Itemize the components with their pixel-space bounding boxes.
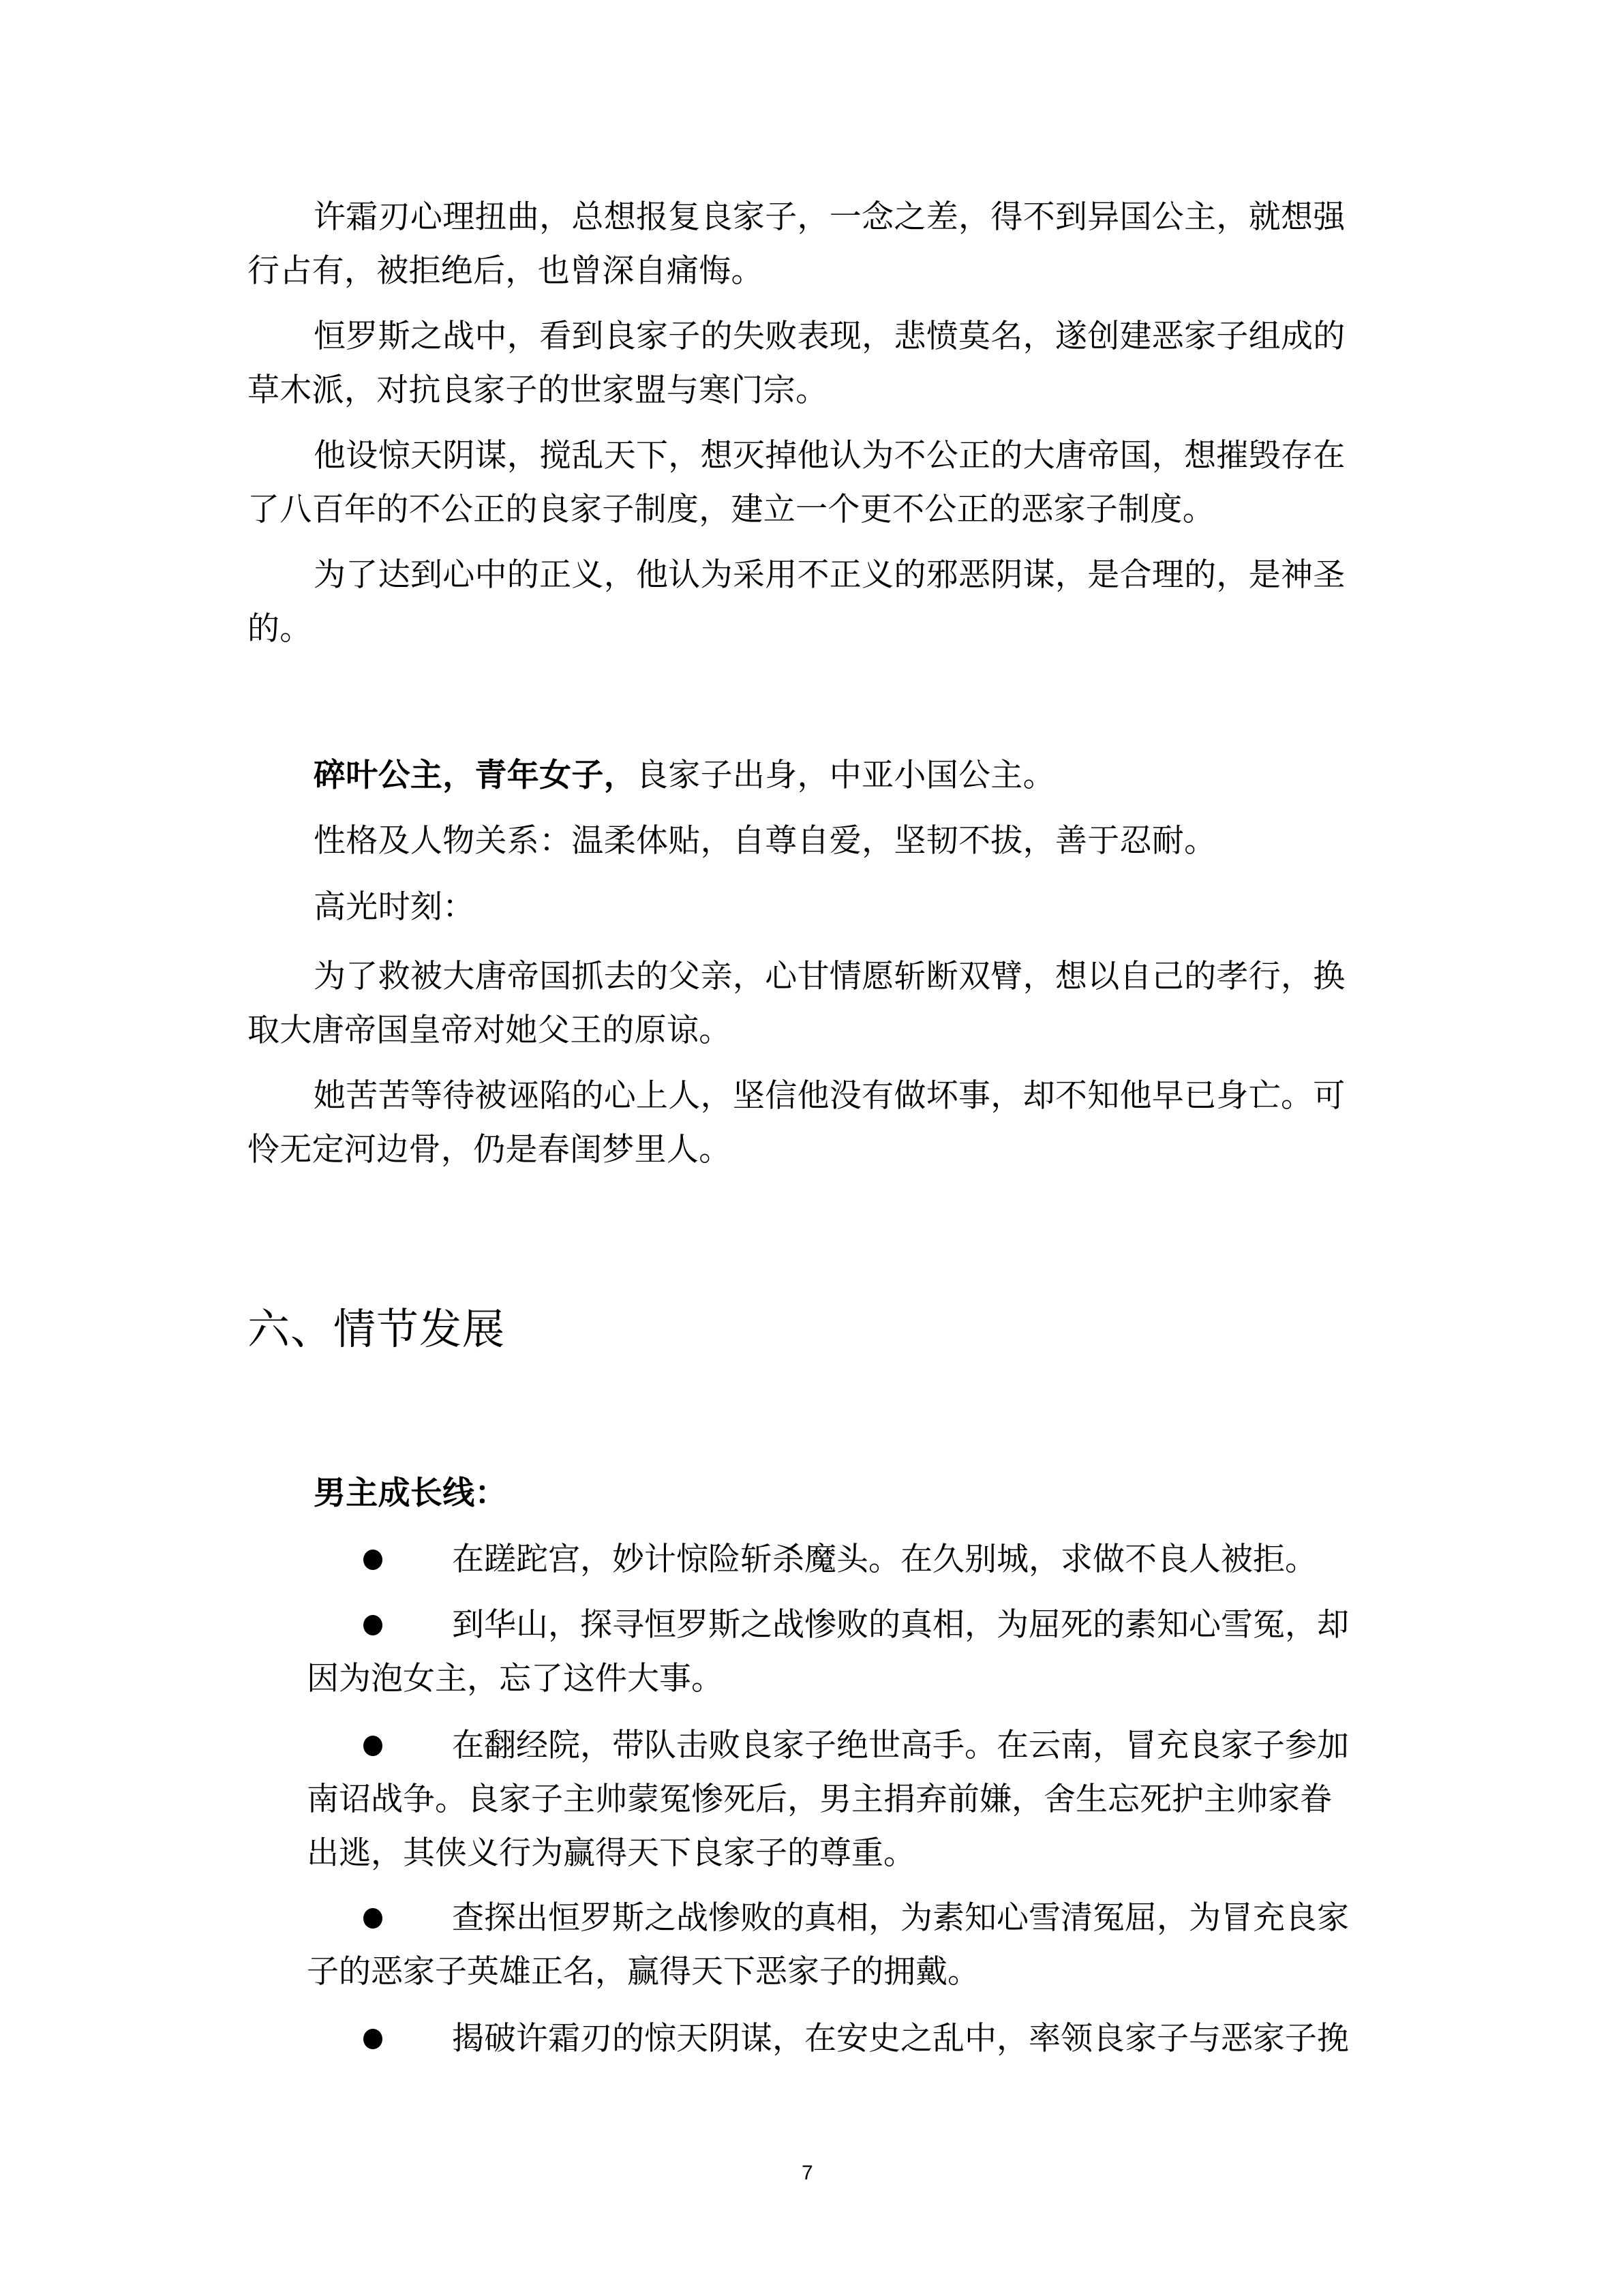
- bullet-icon: [363, 2029, 382, 2049]
- bullet-line: 在翻经院，带队击败良家子绝世高手。在云南，冒充良家子参加: [307, 1719, 1397, 1772]
- paragraph-justice: 为了达到心中的正义，他认为采用不正义的邪恶阴谋，是合理的，是神圣 的。: [247, 548, 1393, 656]
- male-lead-growth-subheading: 男主成长线：: [247, 1466, 1393, 1520]
- character-intro-line: 碎叶公主，青年女子，良家子出身，中亚小国公主。: [247, 749, 1393, 802]
- bullet-item: 查探出恒罗斯之战惨败的真相，为素知心雪清冤屈，为冒充良家 子的恶家子英雄正名，赢…: [307, 1891, 1397, 1999]
- character-suiye-highlight-label: 高光时刻：: [247, 880, 1393, 934]
- paragraph-talas-battle: 恒罗斯之战中，看到良家子的失败表现，悲愤莫名，遂创建恶家子组成的 草木派，对抗良…: [247, 309, 1393, 417]
- character-suiye-intro: 碎叶公主，青年女子，良家子出身，中亚小国公主。: [247, 749, 1393, 802]
- paragraph-line: 的。: [247, 602, 1393, 656]
- bullet-icon: [363, 1736, 382, 1756]
- bullet-line: 南诏战争。良家子主帅蒙冤惨死后，男主捐弃前嫌，舍生忘死护主帅家眷: [307, 1772, 1397, 1826]
- paragraph-line: 取大唐帝国皇帝对她父王的原谅。: [247, 1003, 1393, 1057]
- paragraph-line: 行占有，被拒绝后，也曾深自痛悔。: [247, 244, 1393, 298]
- character-suiye-personality: 性格及人物关系：温柔体贴，自尊自爱，坚韧不拔，善于忍耐。: [247, 814, 1393, 868]
- character-intro-rest: 良家子出身，中亚小国公主。: [636, 757, 1055, 794]
- bullet-icon: [363, 1908, 382, 1929]
- highlight-paragraph-2: 她苦苦等待被诬陷的心上人，坚信他没有做坏事，却不知他早已身亡。可 怜无定河边骨，…: [247, 1069, 1393, 1177]
- bullet-item: 揭破许霜刃的惊天阴谋，在安史之乱中，率领良家子与恶家子挽: [307, 2012, 1397, 2066]
- section-heading: 六、情节发展: [247, 1302, 505, 1357]
- paragraph-line: 恒罗斯之战中，看到良家子的失败表现，悲愤莫名，遂创建恶家子组成的: [247, 309, 1393, 363]
- subheading-label: 男主成长线：: [247, 1466, 1393, 1520]
- paragraph-line: 为了救被大唐帝国抓去的父亲，心甘情愿斩断双臂，想以自己的孝行，换: [247, 950, 1393, 1003]
- paragraph-line: 许霜刃心理扭曲，总想报复良家子，一念之差，得不到异国公主，就想强: [247, 190, 1393, 244]
- bullet-item: 到华山，探寻恒罗斯之战惨败的真相，为屈死的素知心雪冤，却 因为泡女主，忘了这件大…: [307, 1598, 1397, 1706]
- bullet-icon: [363, 1615, 382, 1635]
- paragraph-line: 他设惊天阴谋，搅乱天下，想灭掉他认为不公正的大唐帝国，想摧毁存在: [247, 429, 1393, 483]
- document-page: 许霜刃心理扭曲，总想报复良家子，一念之差，得不到异国公主，就想强 行占有，被拒绝…: [0, 0, 1623, 2296]
- page-number: 7: [802, 2161, 813, 2186]
- bullet-line: 子的恶家子英雄正名，赢得天下恶家子的拥戴。: [307, 1945, 1397, 1999]
- bullet-line: 出逃，其侠义行为赢得天下良家子的尊重。: [307, 1826, 1397, 1880]
- highlight-label: 高光时刻：: [247, 880, 1393, 934]
- paragraph-line: 怜无定河边骨，仍是春闺梦里人。: [247, 1123, 1393, 1177]
- highlight-paragraph-1: 为了救被大唐帝国抓去的父亲，心甘情愿斩断双臂，想以自己的孝行，换 取大唐帝国皇帝…: [247, 950, 1393, 1057]
- bullet-line: 揭破许霜刃的惊天阴谋，在安史之乱中，率领良家子与恶家子挽: [307, 2012, 1397, 2066]
- bullet-item: 在蹉跎宫，妙计惊险斩杀魔头。在久别城，求做不良人被拒。: [307, 1532, 1397, 1586]
- bullet-line: 查探出恒罗斯之战惨败的真相，为素知心雪清冤屈，为冒充良家: [307, 1891, 1397, 1945]
- bullet-line: 因为泡女主，忘了这件大事。: [307, 1652, 1397, 1706]
- bullet-icon: [363, 1550, 382, 1570]
- bullet-line: 在蹉跎宫，妙计惊险斩杀魔头。在久别城，求做不良人被拒。: [307, 1532, 1397, 1586]
- paragraph-line: 草木派，对抗良家子的世家盟与寒门宗。: [247, 363, 1393, 417]
- character-name-bold: 碎叶公主，青年女子，: [314, 757, 636, 794]
- bullet-item: 在翻经院，带队击败良家子绝世高手。在云南，冒充良家子参加 南诏战争。良家子主帅蒙…: [307, 1719, 1397, 1880]
- bullet-line: 到华山，探寻恒罗斯之战惨败的真相，为屈死的素知心雪冤，却: [307, 1598, 1397, 1652]
- paragraph-conspiracy: 他设惊天阴谋，搅乱天下，想灭掉他认为不公正的大唐帝国，想摧毁存在 了八百年的不公…: [247, 429, 1393, 537]
- paragraph-xu-shuangren-motive: 许霜刃心理扭曲，总想报复良家子，一念之差，得不到异国公主，就想强 行占有，被拒绝…: [247, 190, 1393, 298]
- paragraph-line: 她苦苦等待被诬陷的心上人，坚信他没有做坏事，却不知他早已身亡。可: [247, 1069, 1393, 1123]
- personality-line: 性格及人物关系：温柔体贴，自尊自爱，坚韧不拔，善于忍耐。: [247, 814, 1393, 868]
- paragraph-line: 为了达到心中的正义，他认为采用不正义的邪恶阴谋，是合理的，是神圣: [247, 548, 1393, 602]
- paragraph-line: 了八百年的不公正的良家子制度，建立一个更不公正的恶家子制度。: [247, 483, 1393, 537]
